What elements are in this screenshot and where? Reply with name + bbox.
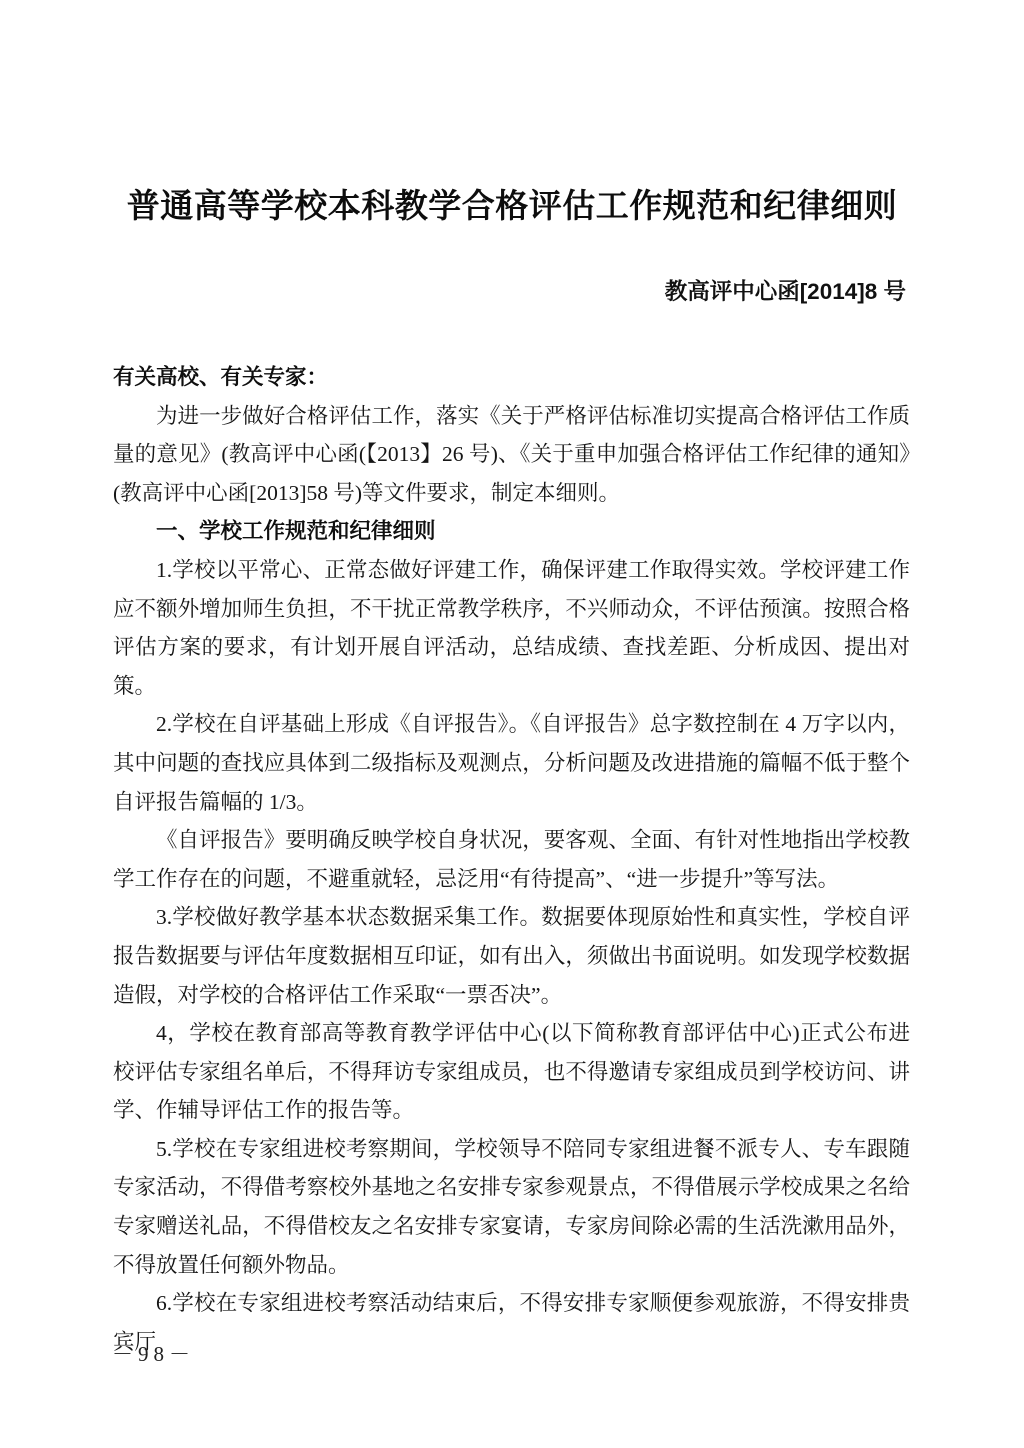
section-heading: 一、学校工作规范和纪律细则 (113, 512, 910, 551)
document-title: 普通高等学校本科教学合格评估工作规范和纪律细则 (0, 0, 1024, 226)
paragraph: 2.学校在自评基础上形成《自评报告》。《自评报告》总字数控制在 4 万字以内，其… (113, 705, 910, 821)
paragraph: 3.学校做好教学基本状态数据采集工作。数据要体现原始性和真实性，学校自评报告数据… (113, 898, 910, 1014)
paragraph: 6.学校在专家组进校考察活动结束后，不得安排专家顺便参观旅游，不得安排贵宾厅 (113, 1284, 910, 1361)
document-page: 普通高等学校本科教学合格评估工作规范和纪律细则 教高评中心函[2014]8 号 … (0, 0, 1024, 1448)
paragraph: 为进一步做好合格评估工作，落实《关于严格评估标准切实提高合格评估工作质量的意见》… (113, 397, 910, 513)
paragraph: 5.学校在专家组进校考察期间，学校领导不陪同专家组进餐不派专人、专车跟随专家活动… (113, 1130, 910, 1284)
paragraph: 《自评报告》要明确反映学校自身状况，要客观、全面、有针对性地指出学校教学工作存在… (113, 821, 910, 898)
document-body: 有关高校、有关专家： 为进一步做好合格评估工作，落实《关于严格评估标准切实提高合… (113, 358, 910, 1361)
page-number: －98－ (112, 1338, 195, 1368)
salutation: 有关高校、有关专家： (113, 358, 910, 397)
document-number: 教高评中心函[2014]8 号 (0, 278, 1024, 306)
paragraph: 1.学校以平常心、正常态做好评建工作，确保评建工作取得实效。学校评建工作应不额外… (113, 551, 910, 705)
paragraph: 4，学校在教育部高等教育教学评估中心(以下简称教育部评估中心)正式公布进校评估专… (113, 1014, 910, 1130)
